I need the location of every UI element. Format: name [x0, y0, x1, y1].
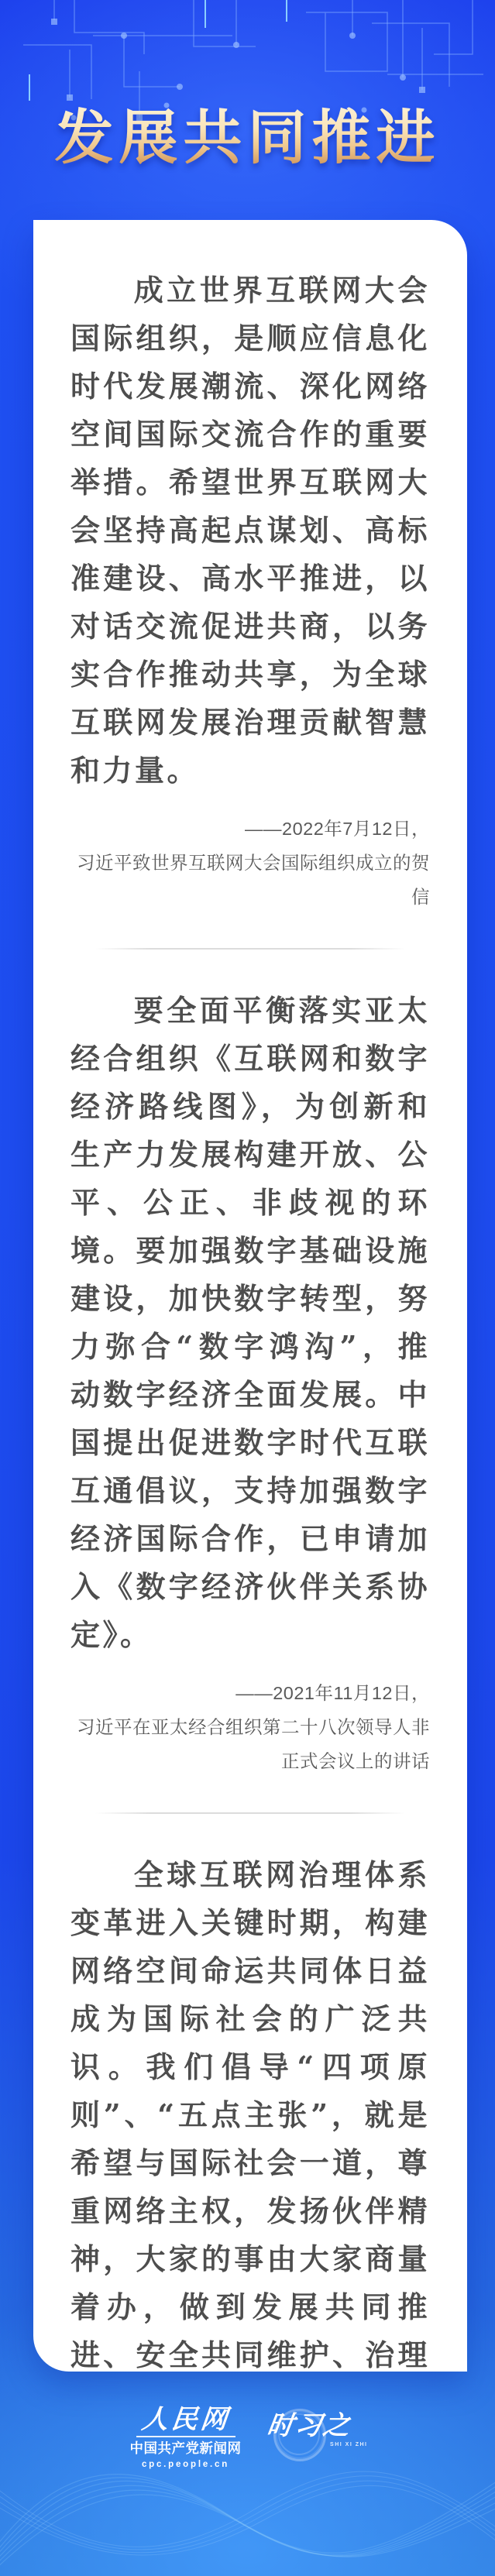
- attribution-source: 习近平致世界互联网大会国际组织成立的贺信: [70, 846, 430, 914]
- quote-block-1: 成立世界互联网大会国际组织，是顺应信息化时代发展潮流、深化网络空间国际交流合作的…: [70, 266, 430, 914]
- poster-page: 发展共同推进 成立世界互联网大会国际组织，是顺应信息化时代发展潮流、深化网络空间…: [0, 0, 495, 2576]
- quote-text: 成立世界互联网大会国际组织，是顺应信息化时代发展潮流、深化网络空间国际交流合作的…: [70, 266, 430, 795]
- attribution-source: 习近平在亚太经合组织第二十八次领导人非正式会议上的讲话: [70, 1710, 430, 1778]
- attribution-date: ——2021年11月12日，: [70, 1676, 430, 1710]
- quote-block-3: 全球互联网治理体系变革进入关键时期，构建网络空间命运共同体日益成为国际社会的广泛…: [70, 1851, 430, 2372]
- peoples-daily-script-logo: 人民网: [140, 2406, 232, 2433]
- quote-attribution: ——2021年11月12日， 习近平在亚太经合组织第二十八次领导人非正式会议上的…: [70, 1676, 430, 1778]
- logo-rule: [136, 2436, 235, 2437]
- shixizhi-label: 时习之: [265, 2410, 370, 2441]
- attribution-date: ——2022年7月12日，: [70, 812, 430, 846]
- section-divider: [95, 948, 404, 950]
- quote-text: 要全面平衡落实亚太经合组织《互联网和数字经济路线图》，为创新和生产力发展构建开放…: [70, 987, 430, 1659]
- section-divider: [95, 1812, 404, 1814]
- quote-card: 成立世界互联网大会国际组织，是顺应信息化时代发展潮流、深化网络空间国际交流合作的…: [33, 220, 467, 2372]
- quote-text: 全球互联网治理体系变革进入关键时期，构建网络空间命运共同体日益成为国际社会的广泛…: [70, 1851, 430, 2372]
- quote-block-2: 要全面平衡落实亚太经合组织《互联网和数字经济路线图》，为创新和生产力发展构建开放…: [70, 987, 430, 1778]
- page-title: 发展共同推进: [0, 98, 495, 178]
- quote-attribution: ——2022年7月12日， 习近平致世界互联网大会国际组织成立的贺信: [70, 812, 430, 914]
- wave-decoration: [0, 2444, 495, 2576]
